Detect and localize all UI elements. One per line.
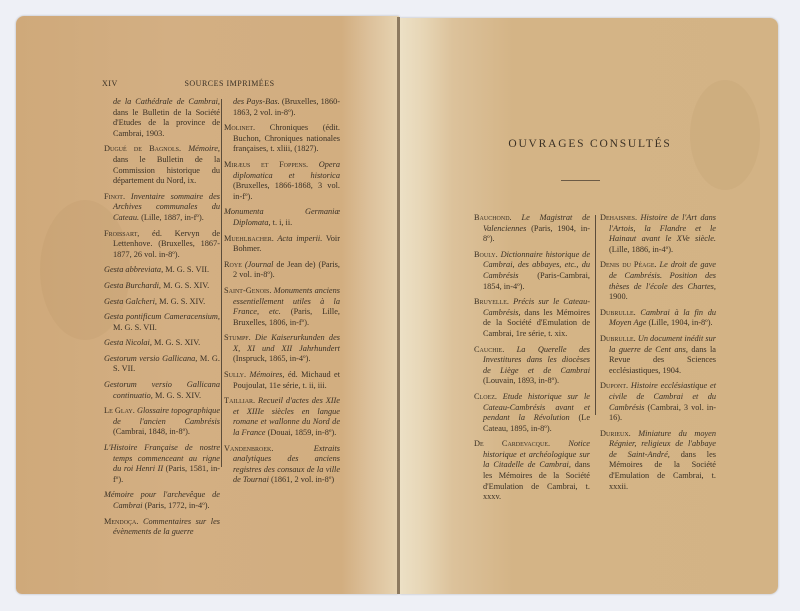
entry-title: (Journal xyxy=(242,260,274,269)
entry-author: Bauchond. xyxy=(474,213,512,222)
bibliography-entry: de la Cathédrale de Cambrai, dans le Bul… xyxy=(104,97,220,139)
entry-details: M. G. S. VII. xyxy=(113,323,157,332)
entry-details: (Douai, 1859, in-8º). xyxy=(266,428,337,437)
entry-author: Roye xyxy=(224,260,242,269)
entry-details: (Lille, 1886, in-4º). xyxy=(609,245,673,254)
bibliography-entry: Gesta abbreviata, M. G. S. VII. xyxy=(104,265,220,276)
left-column-1: de la Cathédrale de Cambrai, dans le Bul… xyxy=(104,97,220,543)
entry-title: Gesta abbreviata, xyxy=(104,265,163,274)
entry-details: 1900. xyxy=(609,292,628,301)
entry-details: (Inspruck, 1865, in-4º). xyxy=(233,354,310,363)
paper-stain xyxy=(690,80,760,190)
entry-title: Gesta Nicolai, xyxy=(104,338,152,347)
bibliography-entry: Gestorum versio Gallicana, M. G. S. VII. xyxy=(104,354,220,375)
right-column-1: Bauchond. Le Magistrat de Valenciennes (… xyxy=(474,213,590,508)
bibliography-entry: Gesta Burchardi, M. G. S. XIV. xyxy=(104,281,220,292)
entry-author: Cauchie. xyxy=(474,345,504,354)
entry-author: Froissart, xyxy=(104,229,139,238)
bibliography-entry: Dubrulle. Cambrai à la fin du Moyen Age … xyxy=(600,308,716,329)
entry-author: Muehlbacher. xyxy=(224,234,274,243)
bibliography-entry: L'Histoire Française de nostre temps com… xyxy=(104,443,220,485)
entry-author: Miræus et Foppens. xyxy=(224,160,308,169)
entry-details: M. G. S. XIV. xyxy=(153,391,201,400)
entry-author: Mendoça. xyxy=(104,517,138,526)
entry-author: Dupont. xyxy=(600,381,628,390)
entry-title: Gesta Burchardi, xyxy=(104,281,161,290)
bibliography-entry: Cloez. Etude historique sur le Cateau-Ca… xyxy=(474,392,590,434)
left-column-2: des Pays-Bas. (Bruxelles, 1860-1863, 2 v… xyxy=(224,97,340,491)
bibliography-entry: Tailliar. Recueil d'actes des XIIe et XI… xyxy=(224,396,340,438)
bibliography-entry: Sully. Mémoires, éd. Michaud et Poujoula… xyxy=(224,370,340,391)
right-column-2: Dehaisnes. Histoire de l'Art dans l'Arto… xyxy=(600,213,716,497)
entry-author: Durieux. xyxy=(600,429,631,438)
bibliography-entry: Stumpf. Die Kaiserurkunden des X, XI und… xyxy=(224,333,340,365)
bibliography-entry: Bruyelle. Précis sur le Cateau-Cambrésis… xyxy=(474,297,590,339)
entry-details: t. i, ii. xyxy=(271,218,293,227)
bibliography-entry: De Cardevacque. Notice historique et arc… xyxy=(474,439,590,503)
entry-title: Gesta pontificum Cameracensium, xyxy=(104,312,220,321)
entry-author: Dubrulle. xyxy=(600,334,636,343)
entry-author: Saint-Genois. xyxy=(224,286,271,295)
entry-author: Bouly. xyxy=(474,250,498,259)
bibliography-entry: Le Glay. Glossaire topographique de l'an… xyxy=(104,406,220,438)
bibliography-entry: Molinet. Chroniques (édit. Buchon, Chron… xyxy=(224,123,340,155)
bibliography-entry: Denis du Péage. Le droit de gave de Camb… xyxy=(600,260,716,302)
bibliography-entry: Gestorum versio Gallicana continuatio, M… xyxy=(104,380,220,401)
column-divider xyxy=(595,215,596,415)
bibliography-entry: Dupont. Histoire ecclésiastique et civil… xyxy=(600,381,716,423)
entry-title: Mémoire, xyxy=(181,144,220,153)
entry-details: M. G. S. XIV. xyxy=(157,297,205,306)
bibliography-entry: Mémoire pour l'archevêque de Cambrai (Pa… xyxy=(104,490,220,511)
bibliography-entry: Froissart, éd. Kervyn de Lettenhove. (Br… xyxy=(104,229,220,261)
entry-author: Denis du Péage. xyxy=(600,260,657,269)
bibliography-entry: Saint-Genois. Monuments anciens essentie… xyxy=(224,286,340,328)
entry-author: Le Glay. xyxy=(104,406,135,415)
entry-details: dans le Bulletin de la Société d'Etudes … xyxy=(113,108,220,138)
entry-author: Finot. xyxy=(104,192,125,201)
entry-author: Stumpf. xyxy=(224,333,251,342)
entry-author: Sully. xyxy=(224,370,246,379)
title-rule xyxy=(561,180,600,181)
bibliography-entry: Cauchie. La Querelle des Investitures da… xyxy=(474,345,590,387)
bibliography-entry: Bouly. Dictionnaire historique de Cambra… xyxy=(474,250,590,292)
bibliography-entry: Finot. Inventaire sommaire des Archives … xyxy=(104,192,220,224)
entry-details: (Bruxelles, 1866-1868, 3 vol. in-fº). xyxy=(233,181,340,201)
bibliography-entry: Roye (Journal de Jean de) (Paris, 2 vol.… xyxy=(224,260,340,281)
entry-title: Gesta Galcheri, xyxy=(104,297,157,306)
entry-author: Dehaisnes. xyxy=(600,213,637,222)
bibliography-entry: Gesta Galcheri, M. G. S. XIV. xyxy=(104,297,220,308)
bibliography-entry: des Pays-Bas. (Bruxelles, 1860-1863, 2 v… xyxy=(224,97,340,118)
bibliography-entry: Dugué de Bagnols. Mémoire, dans le Bulle… xyxy=(104,144,220,186)
entry-title: Mémoires, xyxy=(246,370,284,379)
entry-author: Dugué de Bagnols. xyxy=(104,144,181,153)
running-head: SOURCES IMPRIMÉES xyxy=(102,79,357,88)
entry-details: (1861, 2 vol. in-8º) xyxy=(269,475,334,484)
entry-details: (Lille, 1904, in-8º). xyxy=(646,318,712,327)
entry-author: Cloez. xyxy=(474,392,497,401)
entry-details: (Cambrai, 1848, in-8º). xyxy=(113,427,190,436)
entry-details: (Lille, 1887, in-fº). xyxy=(139,213,204,222)
bibliography-entry: Monumenta Germaniæ Diplomata, t. i, ii. xyxy=(224,207,340,228)
entry-author: Molinet. xyxy=(224,123,255,132)
bibliography-entry: Durieux. Miniature du moyen Régnier, rel… xyxy=(600,429,716,493)
entry-details: M. G. S. XIV. xyxy=(152,338,200,347)
entry-details: (Louvain, 1893, in-8º). xyxy=(483,376,559,385)
bibliography-entry: Gesta Nicolai, M. G. S. XIV. xyxy=(104,338,220,349)
entry-title: de la Cathédrale de Cambrai, xyxy=(113,97,220,106)
book-gutter xyxy=(397,17,400,594)
entry-author: Tailliar. xyxy=(224,396,255,405)
entry-details: M. G. S. VII. xyxy=(163,265,209,274)
entry-title: des Pays-Bas. xyxy=(233,97,280,106)
entry-author: Dubrulle. xyxy=(600,308,636,317)
bibliography-entry: Muehlbacher. Acta imperii. Voir Bohmer. xyxy=(224,234,340,255)
entry-details: dans le Bulletin de la Commission histor… xyxy=(113,155,220,185)
bibliography-entry: Mendoça. Commentaires sur les évènements… xyxy=(104,517,220,538)
page-title: OUVRAGES CONSULTÉS xyxy=(470,138,710,150)
entry-title: Acta imperii. xyxy=(274,234,323,243)
entry-details: (Paris, 1772, in-4º). xyxy=(143,501,210,510)
entry-author: De Cardevacque. xyxy=(474,439,550,448)
bibliography-entry: Vandenbroek. Extraits analytiques des an… xyxy=(224,444,340,486)
bibliography-entry: Bauchond. Le Magistrat de Valenciennes (… xyxy=(474,213,590,245)
column-divider xyxy=(221,99,222,467)
entry-author: Bruyelle. xyxy=(474,297,509,306)
bibliography-entry: Miræus et Foppens. Opera diplomatica et … xyxy=(224,160,340,202)
bibliography-entry: Gesta pontificum Cameracensium, M. G. S.… xyxy=(104,312,220,333)
entry-title: Gestorum versio Gallicana, xyxy=(104,354,197,363)
bibliography-entry: Dehaisnes. Histoire de l'Art dans l'Arto… xyxy=(600,213,716,255)
entry-author: Vandenbroek. xyxy=(224,444,273,453)
entry-details: M. G. S. XIV. xyxy=(161,281,209,290)
bibliography-entry: Dubrulle. Un document inédit sur la guer… xyxy=(600,334,716,376)
